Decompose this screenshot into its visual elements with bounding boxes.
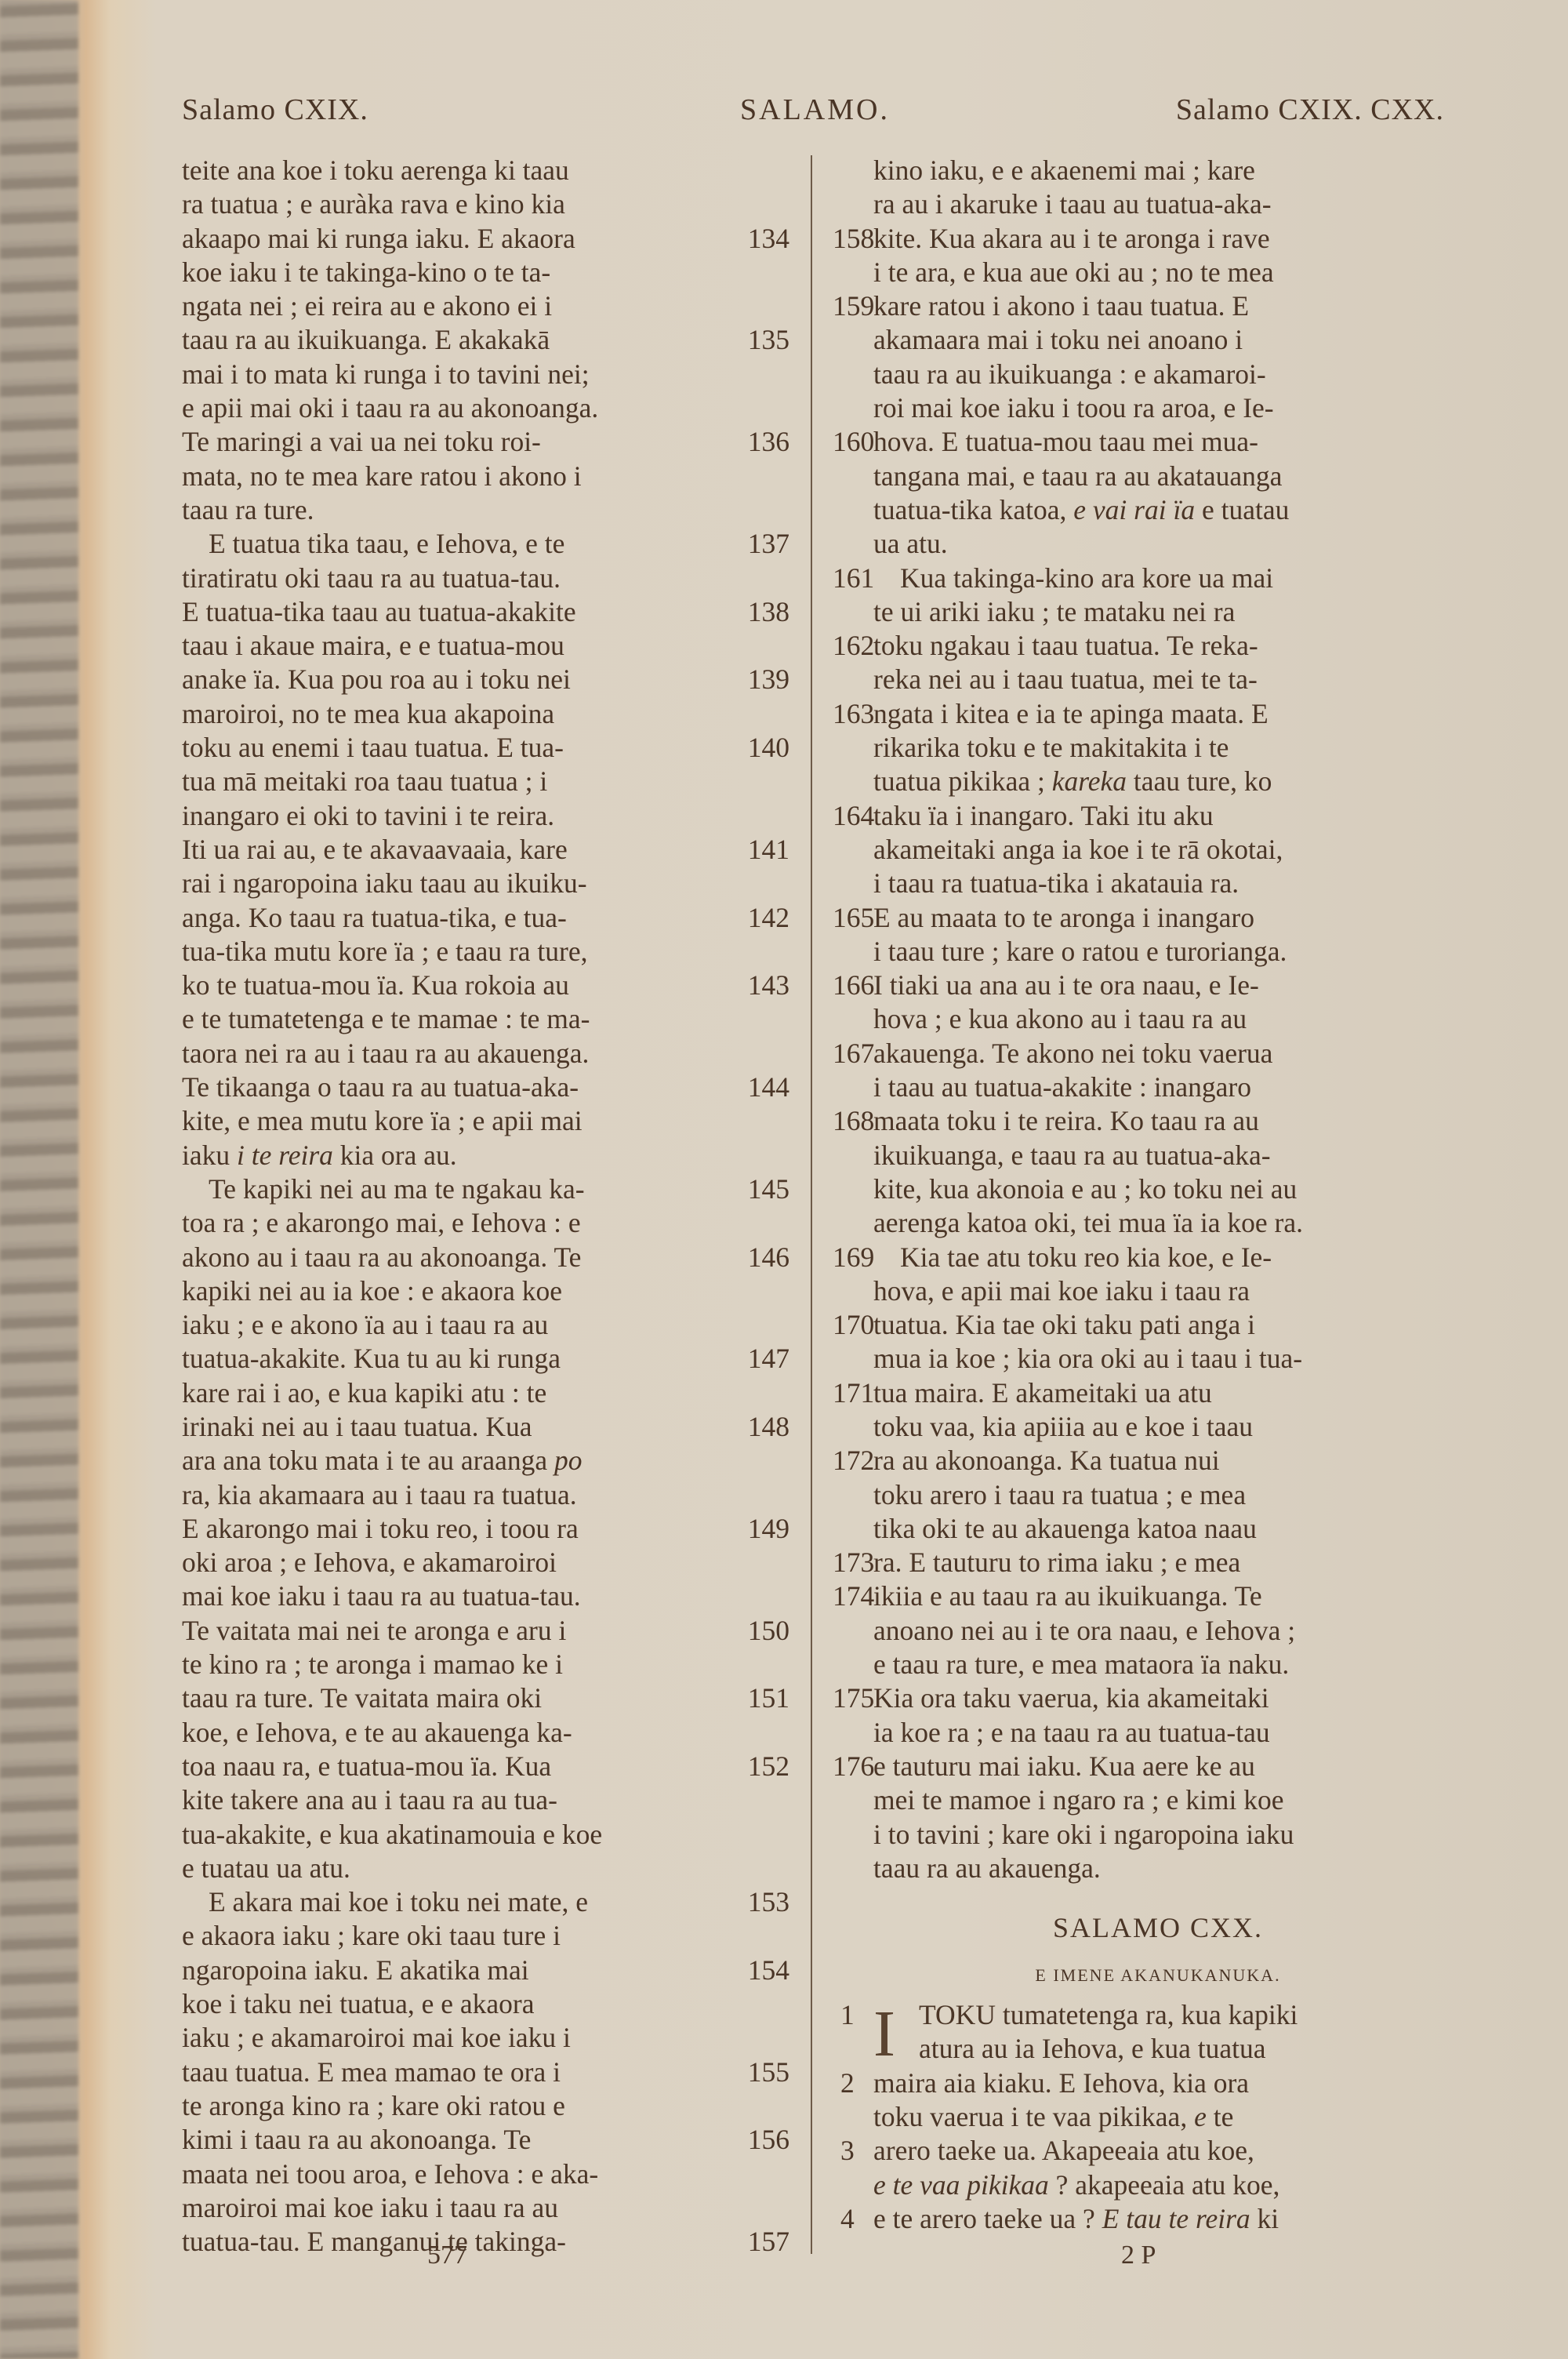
line-text: kare ratou i akono i taau tuatua. E [873, 289, 1249, 323]
line-text: Te kapiki nei au ma te ngakau ka- [182, 1172, 585, 1206]
text-line: akamaara mai i toku nei anoano i [833, 323, 1443, 357]
line-text: koe, e Iehova, e te au akauenga ka- [182, 1716, 572, 1750]
line-text: toa ra ; e akarongo mai, e Iehova : e [182, 1206, 581, 1240]
line-text: ra, kia akamaara au i taau ra tuatua. [182, 1478, 577, 1512]
verse-number: 163 [833, 697, 874, 731]
line-text: kapiki nei au ia koe : e akaora koe [182, 1274, 562, 1308]
text-line: koe i taku nei tuatua, e e akaora [182, 1987, 789, 2021]
line-text: anga. Ko taau ra tuatua-tika, e tua- [182, 901, 567, 935]
text-line: koe iaku i te takinga-kino o te ta- [182, 256, 789, 289]
line-text: rai i ngaropoina iaku taau au ikuiku- [182, 867, 587, 900]
text-line: te kino ra ; te aronga i mamao ke i [182, 1648, 789, 1681]
psalm-120-body: ITOKU tumatetenga ra, kua kapiki1atura a… [833, 1998, 1443, 2236]
text-line: kare ratou i akono i taau tuatua. E159 [833, 289, 1443, 323]
text-line: Te tikaanga o taau ra au tuatua-aka-144 [182, 1070, 789, 1104]
verse-number: 4 [840, 2202, 855, 2236]
line-text: i te ara, e kua aue oki au ; no te mea [873, 256, 1274, 289]
psalm-title: SALAMO CXX. [833, 1903, 1443, 1953]
text-line: ko te tuatua-mou ïa. Kua rokoia au143 [182, 969, 789, 1002]
line-text: e akaora iaku ; kare oki taau ture i [182, 1919, 561, 1953]
text-line: iaku ; e akamaroiroi mai koe iaku i [182, 2021, 789, 2055]
text-line: tuatua-tau. E manganui te takinga-157 [182, 2225, 789, 2259]
text-line: kino iaku, e e akaenemi mai ; kare [833, 154, 1443, 187]
text-line: toa naau ra, e tuatua-mou ïa. Kua152 [182, 1750, 789, 1783]
verse-number: 148 [748, 1410, 789, 1444]
text-line: ikiia e au taau ra au ikuikuanga. Te174 [833, 1579, 1443, 1613]
verse-number: 143 [748, 969, 789, 1002]
line-text: i taau au tuatua-akakite : inangaro [873, 1070, 1251, 1104]
text-line: akaapo mai ki runga iaku. E akaora134 [182, 222, 789, 256]
text-line: toku au enemi i taau tuatua. E tua-140 [182, 731, 789, 765]
line-text: taau tuatua. E mea mamao te ora i [182, 2055, 561, 2089]
line-text: anake ïa. Kua pou roa au i toku nei [182, 663, 571, 696]
text-line: mai koe iaku i taau ra au tuatua-tau. [182, 1579, 789, 1613]
verse-number: 174 [833, 1579, 874, 1613]
text-line: ra, kia akamaara au i taau ra tuatua. [182, 1478, 789, 1512]
line-text: kimi i taau ra au akonoanga. Te [182, 2123, 531, 2157]
text-line: e taau ra ture, e mea mataora ïa naku. [833, 1648, 1443, 1681]
printer-signature: 2 P [1121, 2241, 1156, 2270]
line-text: koe i taku nei tuatua, e e akaora [182, 1987, 534, 2021]
line-text: tua maira. E akameitaki ua atu [873, 1376, 1212, 1410]
line-text: atura au ia Iehova, e kua tuatua [919, 2032, 1266, 2066]
text-line: Kua takinga-kino ara kore ua mai161 [833, 562, 1443, 595]
line-text: Kua takinga-kino ara kore ua mai [873, 562, 1273, 595]
line-text: inangaro ei oki to tavini i te reira. [182, 799, 554, 833]
line-text: E akarongo mai i toku reo, i toou ra [182, 1512, 579, 1546]
text-line: Iti ua rai au, e te akavaavaaia, kare141 [182, 833, 789, 867]
verse-number: 159 [833, 289, 874, 323]
line-text: toku arero i taau ra tuatua ; e mea [873, 1478, 1246, 1512]
verse-number: 169 [833, 1241, 874, 1274]
line-text: ngaropoina iaku. E akatika mai [182, 1954, 529, 1987]
verse-number: 146 [748, 1241, 789, 1274]
verse-number: 142 [748, 901, 789, 935]
text-line: roi mai koe iaku i toou ra aroa, e Ie- [833, 391, 1443, 425]
text-line: arero taeke ua. Akapeeaia atu koe,3 [833, 2134, 1443, 2168]
line-text: ikiia e au taau ra au ikuikuanga. Te [873, 1579, 1262, 1613]
line-text: iaku i te reira kia ora au. [182, 1139, 457, 1172]
text-line: i taau au tuatua-akakite : inangaro [833, 1070, 1443, 1104]
verse-number: 149 [748, 1512, 789, 1546]
line-text: akauenga. Te akono nei toku vaerua [873, 1037, 1272, 1070]
line-text: toku au enemi i taau tuatua. E tua- [182, 731, 564, 765]
text-line: kite, kua akonoia e au ; ko toku nei au [833, 1172, 1443, 1206]
verse-number: 167 [833, 1037, 874, 1070]
text-line: taku ïa i inangaro. Taki itu aku164 [833, 799, 1443, 833]
verse-number: 162 [833, 629, 874, 663]
text-line: rikarika toku e te makitakita i te [833, 731, 1443, 765]
line-text: iaku ; e akamaroiroi mai koe iaku i [182, 2021, 571, 2055]
text-line: mua ia koe ; kia ora oki au i taau i tua… [833, 1342, 1443, 1376]
text-line: tua-tika mutu kore ïa ; e taau ra ture, [182, 935, 789, 969]
line-text: Kia tae atu toku reo kia koe, e Ie- [873, 1241, 1272, 1274]
text-line: akono au i taau ra au akonoanga. Te146 [182, 1241, 789, 1274]
text-line: E akara mai koe i toku nei mate, e153 [182, 1885, 789, 1919]
text-line: toku arero i taau ra tuatua ; e mea [833, 1478, 1443, 1512]
text-line: i taau ture ; kare o ratou e turorianga. [833, 935, 1443, 969]
text-line: ra au i akaruke i taau au tuatua-aka- [833, 187, 1443, 221]
verse-number: 136 [748, 425, 789, 459]
line-text: taau ra au ikuikuanga. E akakakā [182, 323, 550, 357]
text-line: e akaora iaku ; kare oki taau ture i [182, 1919, 789, 1953]
text-line: toa ra ; e akarongo mai, e Iehova : e [182, 1206, 789, 1240]
text-line: Kia ora taku vaerua, kia akameitaki175 [833, 1681, 1443, 1715]
text-line: iaku ; e e akono ïa au i taau ra au [182, 1308, 789, 1342]
text-line: maira aia kiaku. E Iehova, kia ora2 [833, 2066, 1443, 2100]
line-text: e taau ra ture, e mea mataora ïa naku. [873, 1648, 1289, 1681]
verse-number: 156 [748, 2123, 789, 2157]
text-line: e tauturu mai iaku. Kua aere ke au176 [833, 1750, 1443, 1783]
verse-number: 166 [833, 969, 874, 1002]
column-divider [811, 155, 812, 2254]
text-line: irinaki nei au i taau tuatua. Kua148 [182, 1410, 789, 1444]
line-text: Te vaitata mai nei te aronga e aru i [182, 1614, 566, 1648]
text-line: atura au ia Iehova, e kua tuatua [833, 2032, 1443, 2066]
text-line: taau tuatua. E mea mamao te ora i155 [182, 2055, 789, 2089]
line-text: ngata nei ; ei reira au e akono ei i [182, 289, 552, 323]
line-text: toku vaerua i te vaa pikikaa, e te [873, 2100, 1233, 2134]
text-line: te aronga kino ra ; kare oki ratou e [182, 2089, 789, 2123]
line-text: e te tumatetenga e te mamae : te ma- [182, 1002, 590, 1036]
line-text: maroiroi mai koe iaku i taau ra au [182, 2191, 558, 2225]
text-line: ara ana toku mata i te au araanga po [182, 1444, 789, 1478]
verse-number: 2 [840, 2066, 855, 2100]
text-line: akameitaki anga ia koe i te rā okotai, [833, 833, 1443, 867]
text-line: koe, e Iehova, e te au akauenga ka- [182, 1716, 789, 1750]
line-text: kite. Kua akara au i te aronga i rave [873, 222, 1270, 256]
text-line: mata, no te mea kare ratou i akono i [182, 460, 789, 493]
line-text: e tauturu mai iaku. Kua aere ke au [873, 1750, 1255, 1783]
line-text: akamaara mai i toku nei anoano i [873, 323, 1243, 357]
line-text: mata, no te mea kare ratou i akono i [182, 460, 582, 493]
line-text: maroiroi, no te mea kua akapoina [182, 697, 554, 731]
verse-number: 175 [833, 1681, 874, 1715]
line-text: Te tikaanga o taau ra au tuatua-aka- [182, 1070, 579, 1104]
line-text: ua atu. [873, 527, 948, 561]
line-text: ra tuatua ; e auràka rava e kino kia [182, 187, 565, 221]
text-line: taau ra ture. [182, 493, 789, 527]
text-line: i te ara, e kua aue oki au ; no te mea [833, 256, 1443, 289]
verse-number: 145 [748, 1172, 789, 1206]
text-line: i taau ra tuatua-tika i akatauia ra. [833, 867, 1443, 900]
verse-number: 147 [748, 1342, 789, 1376]
text-line: hova, e apii mai koe iaku i taau ra [833, 1274, 1443, 1308]
text-line: tuatua. Kia tae oki taku pati anga i170 [833, 1308, 1443, 1342]
line-text: toa naau ra, e tuatua-mou ïa. Kua [182, 1750, 551, 1783]
line-text: iaku ; e e akono ïa au i taau ra au [182, 1308, 548, 1342]
verse-number: 137 [748, 527, 789, 561]
text-line: toku vaerua i te vaa pikikaa, e te [833, 2100, 1443, 2134]
text-line: taora nei ra au i taau ra au akauenga. [182, 1037, 789, 1070]
line-text: toku ngakau i taau tuatua. Te reka- [873, 629, 1258, 663]
line-text: taau ra au akauenga. [873, 1852, 1101, 1885]
verse-number: 3 [840, 2134, 855, 2168]
line-text: E tuatua tika taau, e Iehova, e te [182, 527, 564, 561]
text-line: Te kapiki nei au ma te ngakau ka-145 [182, 1172, 789, 1206]
text-line: kapiki nei au ia koe : e akaora koe [182, 1274, 789, 1308]
line-text: i taau ture ; kare o ratou e turorianga. [873, 935, 1287, 969]
text-line: I tiaki ua ana au i te ora naau, e Ie-16… [833, 969, 1443, 1002]
text-line: ia koe ra ; e na taau ra au tuatua-tau [833, 1716, 1443, 1750]
text-line: taau ra ture. Te vaitata maira oki151 [182, 1681, 789, 1715]
line-text: kite, e mea mutu kore ïa ; e apii mai [182, 1104, 583, 1138]
line-text: roi mai koe iaku i toou ra aroa, e Ie- [873, 391, 1274, 425]
verse-number: 164 [833, 799, 874, 833]
line-text: taora nei ra au i taau ra au akauenga. [182, 1037, 589, 1070]
text-line: teite ana koe i toku aerenga ki taau [182, 154, 789, 187]
running-head-right: Salamo CXIX. CXX. [1176, 93, 1444, 132]
text-line: reka nei au i taau tuatua, mei te ta- [833, 663, 1443, 696]
text-line: maata nei toou aroa, e Iehova : e aka- [182, 2157, 789, 2191]
line-text: hova ; e kua akono au i taau ra au [873, 1002, 1247, 1036]
text-line: kite. Kua akara au i te aronga i rave158 [833, 222, 1443, 256]
text-line: TOKU tumatetenga ra, kua kapiki1 [833, 1998, 1443, 2032]
line-text: tuatua. Kia tae oki taku pati anga i [873, 1308, 1255, 1342]
psalm-subtitle: E IMENE AKANUKANUKA. [833, 1953, 1443, 1998]
text-line: iaku i te reira kia ora au. [182, 1139, 789, 1172]
verse-number: 1 [840, 1998, 855, 2032]
text-line: tuatua-tika katoa, e vai rai ïa e tuatau [833, 493, 1443, 527]
text-line: ra au akonoanga. Ka tuatua nui172 [833, 1444, 1443, 1478]
previous-page-edge [0, 0, 78, 2359]
line-text: kare rai i ao, e kua kapiki atu : te [182, 1376, 546, 1410]
text-line: anoano nei au i te ora naau, e Iehova ; [833, 1614, 1443, 1648]
text-line: e tuatau ua atu. [182, 1852, 789, 1885]
line-text: tua-akakite, e kua akatinamouia e koe [182, 1818, 602, 1852]
text-line: maroiroi, no te mea kua akapoina [182, 697, 789, 731]
line-text: ia koe ra ; e na taau ra au tuatua-tau [873, 1716, 1270, 1750]
text-line: E akarongo mai i toku reo, i toou ra149 [182, 1512, 789, 1546]
line-text: taku ïa i inangaro. Taki itu aku [873, 799, 1214, 833]
text-line: taau i akaue maira, e e tuatua-mou [182, 629, 789, 663]
text-line: e te vaa pikikaa ? akapeeaia atu koe, [833, 2168, 1443, 2202]
line-text: mai i to mata ki runga i to tavini nei; [182, 358, 590, 391]
text-line: mei te mamoe i ngaro ra ; e kimi koe [833, 1783, 1443, 1817]
text-line: tua mā meitaki roa taau tuatua ; i [182, 765, 789, 798]
verse-number: 176 [833, 1750, 874, 1783]
line-text: taau i akaue maira, e e tuatua-mou [182, 629, 564, 663]
text-line: tangana mai, e taau ra au akatauanga [833, 460, 1443, 493]
line-text: te ui ariki iaku ; te mataku nei ra [873, 595, 1235, 629]
text-line: ua atu. [833, 527, 1443, 561]
line-text: oki aroa ; e Iehova, e akamaroiroi [182, 1546, 557, 1579]
verse-number: 168 [833, 1104, 874, 1138]
text-line: Te maringi a vai ua nei toku roi-136 [182, 425, 789, 459]
line-text: e te vaa pikikaa ? akapeeaia atu koe, [873, 2168, 1279, 2202]
text-line: toku vaa, kia apiiia au e koe i taau [833, 1410, 1443, 1444]
text-line: mai i to mata ki runga i to tavini nei; [182, 358, 789, 391]
verse-number: 135 [748, 323, 789, 357]
text-line: anga. Ko taau ra tuatua-tika, e tua-142 [182, 901, 789, 935]
text-line: taau ra au ikuikuanga : e akamaroi- [833, 358, 1443, 391]
line-text: tiratiratu oki taau ra au tuatua-tau. [182, 562, 561, 595]
line-text: tuatua-tika katoa, e vai rai ïa e tuatau [873, 493, 1289, 527]
text-line: E tuatua-tika taau au tuatua-akakite138 [182, 595, 789, 629]
line-text: aerenga katoa oki, tei mua ïa ia koe ra. [873, 1206, 1303, 1240]
line-text: mai koe iaku i taau ra au tuatua-tau. [182, 1579, 581, 1613]
line-text: E akara mai koe i toku nei mate, e [182, 1885, 588, 1919]
line-text: maata nei toou aroa, e Iehova : e aka- [182, 2157, 598, 2191]
verse-number: 173 [833, 1546, 874, 1579]
text-line: aerenga katoa oki, tei mua ïa ia koe ra. [833, 1206, 1443, 1240]
text-line: ngata nei ; ei reira au e akono ei i [182, 289, 789, 323]
text-line: tika oki te au akauenga katoa naau [833, 1512, 1443, 1546]
verse-number: 165 [833, 901, 874, 935]
text-line: e apii mai oki i taau ra au akonoanga. [182, 391, 789, 425]
text-line: ngaropoina iaku. E akatika mai154 [182, 1954, 789, 1987]
line-text: ko te tuatua-mou ïa. Kua rokoia au [182, 969, 569, 1002]
line-text: E tuatua-tika taau au tuatua-akakite [182, 595, 576, 629]
right-column: kino iaku, e e akaenemi mai ; karera au … [833, 154, 1443, 2236]
text-line: tiratiratu oki taau ra au tuatua-tau. [182, 562, 789, 595]
line-text: I tiaki ua ana au i te ora naau, e Ie- [873, 969, 1259, 1002]
line-text: e apii mai oki i taau ra au akonoanga. [182, 391, 598, 425]
line-text: teite ana koe i toku aerenga ki taau [182, 154, 569, 187]
text-line: ngata i kitea e ia te apinga maata. E163 [833, 697, 1443, 731]
line-text: mei te mamoe i ngaro ra ; e kimi koe [873, 1783, 1283, 1817]
line-text: TOKU tumatetenga ra, kua kapiki [919, 1998, 1298, 2032]
running-head-left-text: Salamo CXIX. [182, 93, 368, 126]
line-text: Te maringi a vai ua nei toku roi- [182, 425, 541, 459]
text-line: tuatua pikikaa ; kareka taau ture, ko [833, 765, 1443, 798]
text-line: E tuatua tika taau, e Iehova, e te137 [182, 527, 789, 561]
line-text: kino iaku, e e akaenemi mai ; kare [873, 154, 1255, 187]
line-text: taau ra ture. Te vaitata maira oki [182, 1681, 542, 1715]
line-text: kite takere ana au i taau ra au tua- [182, 1783, 557, 1817]
running-head-center-text: SALAMO. [740, 93, 890, 126]
text-line: tua-akakite, e kua akatinamouia e koe [182, 1818, 789, 1852]
line-text: rikarika toku e te makitakita i te [873, 731, 1229, 765]
line-text: ara ana toku mata i te au araanga po [182, 1444, 583, 1478]
line-text: taau ra au ikuikuanga : e akamaroi- [873, 358, 1266, 391]
line-text: i to tavini ; kare oki i ngaropoina iaku [873, 1818, 1294, 1852]
text-line: ra tuatua ; e auràka rava e kino kia [182, 187, 789, 221]
book-page: Salamo CXIX. SALAMO. Salamo CXIX. CXX. t… [0, 0, 1568, 2359]
verse-number: 157 [748, 2225, 789, 2259]
line-text: toku vaa, kia apiiia au e koe i taau [873, 1410, 1253, 1444]
line-text: anoano nei au i te ora naau, e Iehova ; [873, 1614, 1295, 1648]
text-line: tua maira. E akameitaki ua atu171 [833, 1376, 1443, 1410]
text-line: ra. E tauturu to rima iaku ; e mea173 [833, 1546, 1443, 1579]
text-line: anake ïa. Kua pou roa au i toku nei139 [182, 663, 789, 696]
line-text: ikuikuanga, e taau ra au tuatua-aka- [873, 1139, 1271, 1172]
line-text: E au maata to te aronga i inangaro [873, 901, 1254, 935]
line-text: tuatua-akakite. Kua tu au ki runga [182, 1342, 561, 1376]
text-line: maroiroi mai koe iaku i taau ra au [182, 2191, 789, 2225]
line-text: tuatua pikikaa ; kareka taau ture, ko [873, 765, 1272, 798]
verse-number: 140 [748, 731, 789, 765]
line-text: hova. E tuatua-mou taau mei mua- [873, 425, 1258, 459]
verse-number: 160 [833, 425, 874, 459]
line-text: maira aia kiaku. E Iehova, kia ora [873, 2066, 1249, 2100]
verse-number: 171 [833, 1376, 874, 1410]
verse-number: 152 [748, 1750, 789, 1783]
verse-number: 153 [748, 1885, 789, 1919]
line-text: arero taeke ua. Akapeeaia atu koe, [873, 2134, 1254, 2168]
verse-number: 151 [748, 1681, 789, 1715]
line-text: e tuatau ua atu. [182, 1852, 350, 1885]
verse-number: 139 [748, 663, 789, 696]
line-text: kite, kua akonoia e au ; ko toku nei au [873, 1172, 1297, 1206]
text-line: rai i ngaropoina iaku taau au ikuiku- [182, 867, 789, 900]
verse-number: 144 [748, 1070, 789, 1104]
verse-number: 134 [748, 222, 789, 256]
line-text: tua mā meitaki roa taau tuatua ; i [182, 765, 547, 798]
line-text: koe iaku i te takinga-kino o te ta- [182, 256, 550, 289]
verse-number: 172 [833, 1444, 874, 1478]
text-line: tuatua-akakite. Kua tu au ki runga147 [182, 1342, 789, 1376]
line-text: ra au akonoanga. Ka tuatua nui [873, 1444, 1220, 1478]
verse-number: 154 [748, 1954, 789, 1987]
text-line: te ui ariki iaku ; te mataku nei ra [833, 595, 1443, 629]
line-text: irinaki nei au i taau tuatua. Kua [182, 1410, 532, 1444]
text-line: kimi i taau ra au akonoanga. Te156 [182, 2123, 789, 2157]
line-text: taau ra ture. [182, 493, 314, 527]
text-line: Kia tae atu toku reo kia koe, e Ie-169 [833, 1241, 1443, 1274]
verse-number: 141 [748, 833, 789, 867]
page-number: 577 [427, 2241, 467, 2270]
running-head-left: Salamo CXIX. [182, 93, 368, 132]
line-text: ra au i akaruke i taau au tuatua-aka- [873, 187, 1272, 221]
text-line: kite takere ana au i taau ra au tua- [182, 1783, 789, 1817]
verse-number: 170 [833, 1308, 874, 1342]
verse-number: 150 [748, 1614, 789, 1648]
text-line: inangaro ei oki to tavini i te reira. [182, 799, 789, 833]
left-column: teite ana koe i toku aerenga ki taaura t… [182, 154, 789, 2259]
line-text: ngata i kitea e ia te apinga maata. E [873, 697, 1269, 731]
line-text: te aronga kino ra ; kare oki ratou e [182, 2089, 565, 2123]
line-text: reka nei au i taau tuatua, mei te ta- [873, 663, 1258, 696]
text-line: toku ngakau i taau tuatua. Te reka-162 [833, 629, 1443, 663]
text-line: maata toku i te reira. Ko taau ra au168 [833, 1104, 1443, 1138]
line-text: akameitaki anga ia koe i te rā okotai, [873, 833, 1283, 867]
text-line: kite, e mea mutu kore ïa ; e apii mai [182, 1104, 789, 1138]
text-line: i to tavini ; kare oki i ngaropoina iaku [833, 1818, 1443, 1852]
verse-number: 138 [748, 595, 789, 629]
line-text: te kino ra ; te aronga i mamao ke i [182, 1648, 563, 1681]
text-line: taau ra au akauenga. [833, 1852, 1443, 1885]
line-text: tua-tika mutu kore ïa ; e taau ra ture, [182, 935, 588, 969]
text-line: hova ; e kua akono au i taau ra au [833, 1002, 1443, 1036]
text-line: oki aroa ; e Iehova, e akamaroiroi [182, 1546, 789, 1579]
text-line: taau ra au ikuikuanga. E akakakā135 [182, 323, 789, 357]
text-line: akauenga. Te akono nei toku vaerua167 [833, 1037, 1443, 1070]
text-line: kare rai i ao, e kua kapiki atu : te [182, 1376, 789, 1410]
verse-number: 158 [833, 222, 874, 256]
line-text: tuatua-tau. E manganui te takinga- [182, 2225, 566, 2259]
line-text: akono au i taau ra au akonoanga. Te [182, 1241, 581, 1274]
line-text: ra. E tauturu to rima iaku ; e mea [873, 1546, 1240, 1579]
verse-number: 155 [748, 2055, 789, 2089]
running-head-right-text: Salamo CXIX. CXX. [1176, 93, 1444, 126]
line-text: i taau ra tuatua-tika i akatauia ra. [873, 867, 1239, 900]
verse-number: 161 [833, 562, 874, 595]
text-line: e te tumatetenga e te mamae : te ma- [182, 1002, 789, 1036]
line-text: akaapo mai ki runga iaku. E akaora [182, 222, 575, 256]
text-line: E au maata to te aronga i inangaro165 [833, 901, 1443, 935]
line-text: e te arero taeke ua ? E tau te reira ki [873, 2202, 1279, 2236]
line-text: tika oki te au akauenga katoa naau [873, 1512, 1257, 1546]
text-line: hova. E tuatua-mou taau mei mua-160 [833, 425, 1443, 459]
text-line: ikuikuanga, e taau ra au tuatua-aka- [833, 1139, 1443, 1172]
text-line: Te vaitata mai nei te aronga e aru i150 [182, 1614, 789, 1648]
line-text: maata toku i te reira. Ko taau ra au [873, 1104, 1259, 1138]
line-text: tangana mai, e taau ra au akatauanga [873, 460, 1282, 493]
text-line: e te arero taeke ua ? E tau te reira ki4 [833, 2202, 1443, 2236]
running-head-center: SALAMO. [740, 93, 890, 132]
line-text: mua ia koe ; kia ora oki au i taau i tua… [873, 1342, 1302, 1376]
